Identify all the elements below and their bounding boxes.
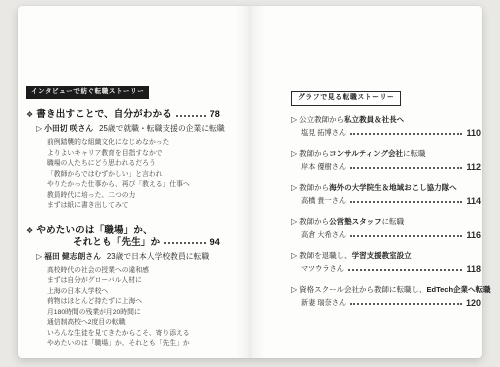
triangle-marker-icon: ▷ xyxy=(291,217,297,227)
triangle-marker-icon: ▷ xyxy=(291,251,297,261)
topic-line: 「教師からではむずかしい」と言われ xyxy=(47,170,220,181)
person-name: 福田 健志朗さん xyxy=(44,252,101,261)
toc-entry-4: ▷教師から公営塾スタッフに転職 高倉 大希さん 116 xyxy=(291,217,481,240)
section-1-page-number: 78 xyxy=(210,108,220,121)
entry-person-name: 塩見 拓博さん xyxy=(301,128,346,138)
entry-page-number: 116 xyxy=(466,230,481,240)
entry-name-row: 高橋 貴一さん 114 xyxy=(301,196,481,206)
topic-line: 荷物はほとんど持たずに上海へ xyxy=(47,297,220,308)
entry-page-number: 114 xyxy=(466,196,481,206)
graph-section-box-title: グラフで見る転職ストーリー xyxy=(291,91,401,107)
entry-title-suffix: に転職 xyxy=(382,217,405,227)
entry-person-name: 高橋 貴一さん xyxy=(301,196,346,206)
left-page: インタビューで紡ぐ転職ストーリー ❖ 書き出すことで、自分がわかる 78 ▷小田… xyxy=(18,6,250,358)
entry-title-bold: 学習支援教室設立 xyxy=(352,251,412,261)
entry-title: ▷資格スクール会社から教師に転職し、EdTech企業へ転職 xyxy=(291,285,481,295)
dot-leader xyxy=(350,201,462,203)
person-name: 小田切 咲さん xyxy=(44,124,93,133)
triangle-marker-icon: ▷ xyxy=(291,115,297,125)
topic-line: 教員時代に培った、二つの力 xyxy=(47,191,220,202)
right-toc: グラフで見る転職ストーリー ▷公立教師から私立教員＆社長へ 塩見 拓博さん 11… xyxy=(291,86,481,319)
dot-leader xyxy=(350,235,462,237)
topic-line: まずは自分がグローバル人材に xyxy=(47,276,220,287)
section-1-title: 書き出すことで、自分がわかる xyxy=(36,108,172,121)
dot-leader xyxy=(350,133,462,135)
triangle-marker-icon: ▷ xyxy=(291,285,297,295)
toc-section-2: ❖ やめたいのは「職場」か、 それとも「先生」か 94 ▷福田 健志朗さん23歳… xyxy=(26,224,220,350)
entry-title-bold: コンサルティング会社 xyxy=(329,149,403,159)
triangle-marker-icon: ▷ xyxy=(291,149,297,159)
triangle-marker-icon: ▷ xyxy=(36,124,42,133)
toc-entry-3: ▷教師から海外の大学院生＆地域おこし協力隊へ 高橋 貴一さん 114 xyxy=(291,183,481,206)
left-toc: インタビューで紡ぐ転職ストーリー ❖ 書き出すことで、自分がわかる 78 ▷小田… xyxy=(26,80,220,350)
entry-title-bold: 海外の大学院生＆地域おこし協力隊へ xyxy=(329,183,457,193)
toc-entry-6: ▷資格スクール会社から教師に転職し、EdTech企業へ転職 新妻 瑞奈さん 12… xyxy=(291,285,481,308)
entry-person-name: マツウラさん xyxy=(301,264,344,274)
dot-leader xyxy=(164,242,205,244)
entry-page-number: 118 xyxy=(466,264,481,274)
triangle-marker-icon: ▷ xyxy=(36,252,42,261)
section-1-person: ▷小田切 咲さん25歳で就職・転職支援の企業に転職 xyxy=(36,124,220,134)
entry-title-prefix: 教師から xyxy=(299,149,329,159)
dot-leader xyxy=(176,115,206,117)
entry-person-name: 岸本 優樹さん xyxy=(301,162,346,172)
entry-title: ▷公立教師から私立教員＆社長へ xyxy=(291,115,481,125)
entry-title-bold: 私立教員＆社長へ xyxy=(344,115,404,125)
entry-title-prefix: 教師から xyxy=(299,217,329,227)
entry-person-name: 高倉 大希さん xyxy=(301,230,346,240)
dot-leader xyxy=(350,167,462,169)
topic-line: 月180時間の残業が月20時間に xyxy=(47,308,220,319)
entry-page-number: 112 xyxy=(466,162,481,172)
entry-title-suffix: に転職 xyxy=(403,149,426,159)
toc-entry-2: ▷教師からコンサルティング会社に転職 岸本 優樹さん 112 xyxy=(291,149,481,172)
triangle-marker-icon: ▷ xyxy=(291,183,297,193)
entry-page-number: 110 xyxy=(466,128,481,138)
flower-bullet-icon: ❖ xyxy=(26,108,33,121)
topic-line: 職場の人たちにどう思われるだろう xyxy=(47,159,220,170)
interview-section-badge: インタビューで紡ぐ転職ストーリー xyxy=(26,86,149,99)
toc-section-1: ❖ 書き出すことで、自分がわかる 78 ▷小田切 咲さん25歳で就職・転職支援の… xyxy=(26,108,220,212)
entry-title: ▷教師からコンサルティング会社に転職 xyxy=(291,149,481,159)
entry-title-bold: EdTech企業へ転職 xyxy=(427,285,491,295)
entry-title-prefix: 公立教師から xyxy=(299,115,344,125)
person-desc: 23歳で日本人学校教員に転職 xyxy=(107,252,209,261)
section-2-topics: 高校時代の社会の授業への違和感 まずは自分がグローバル人材に 上海の日本人学校へ… xyxy=(47,266,220,350)
topic-line: やりたかった仕事から、再び「教える」仕事へ xyxy=(47,180,220,191)
topic-line: 通信制高校へ2度目の転職 xyxy=(47,318,220,329)
entry-title-prefix: 教師から xyxy=(299,183,329,193)
entry-page-number: 120 xyxy=(466,298,481,308)
toc-entry-1: ▷公立教師から私立教員＆社長へ 塩見 拓博さん 110 xyxy=(291,115,481,138)
topic-line: やめたいのは「職場」か、それとも「先生」か xyxy=(47,339,220,350)
topic-line: 高校時代の社会の授業への違和感 xyxy=(47,266,220,277)
entry-title-bold: 公営塾スタッフ xyxy=(329,217,382,227)
entry-name-row: 新妻 瑞奈さん 120 xyxy=(301,298,481,308)
section-2-title-line2: それとも「先生」か xyxy=(73,236,160,249)
toc-entry-5: ▷教師を退職し、学習支援教室設立 マツウラさん 118 xyxy=(291,251,481,274)
topic-line: 前例踏襲的な組織文化になじめなかった xyxy=(47,138,220,149)
entry-title: ▷教師を退職し、学習支援教室設立 xyxy=(291,251,481,261)
right-page: グラフで見る転職ストーリー ▷公立教師から私立教員＆社長へ 塩見 拓博さん 11… xyxy=(250,6,482,358)
section-1-heading: ❖ 書き出すことで、自分がわかる 78 xyxy=(26,108,220,121)
entry-person-name: 新妻 瑞奈さん xyxy=(301,298,346,308)
topic-line: 上海の日本人学校へ xyxy=(47,287,220,298)
entry-title-prefix: 資格スクール会社から教師に転職し、 xyxy=(299,285,426,295)
dot-leader xyxy=(348,269,463,271)
topic-line: まずは紙に書き出してみて xyxy=(47,201,220,212)
entry-title: ▷教師から公営塾スタッフに転職 xyxy=(291,217,481,227)
dot-leader xyxy=(350,303,462,305)
topic-line: いろんな生徒を見てきたからこそ、寄り添える xyxy=(47,329,220,340)
entry-name-row: 高倉 大希さん 116 xyxy=(301,230,481,240)
section-2-page-number: 94 xyxy=(210,236,220,249)
section-2-heading-line2: それとも「先生」か 94 xyxy=(26,236,220,249)
topic-line: よりよいキャリア教育を目指すなかで xyxy=(47,149,220,160)
flower-bullet-icon: ❖ xyxy=(26,224,33,237)
section-2-person: ▷福田 健志朗さん23歳で日本人学校教員に転職 xyxy=(36,252,220,262)
entry-name-row: マツウラさん 118 xyxy=(301,264,481,274)
book-spread: インタビューで紡ぐ転職ストーリー ❖ 書き出すことで、自分がわかる 78 ▷小田… xyxy=(18,6,482,358)
section-1-topics: 前例踏襲的な組織文化になじめなかった よりよいキャリア教育を目指すなかで 職場の… xyxy=(47,138,220,212)
entry-name-row: 岸本 優樹さん 112 xyxy=(301,162,481,172)
entry-title: ▷教師から海外の大学院生＆地域おこし協力隊へ xyxy=(291,183,481,193)
entry-title-prefix: 教師を退職し、 xyxy=(299,251,352,261)
person-desc: 25歳で就職・転職支援の企業に転職 xyxy=(99,124,225,133)
entry-name-row: 塩見 拓博さん 110 xyxy=(301,128,481,138)
